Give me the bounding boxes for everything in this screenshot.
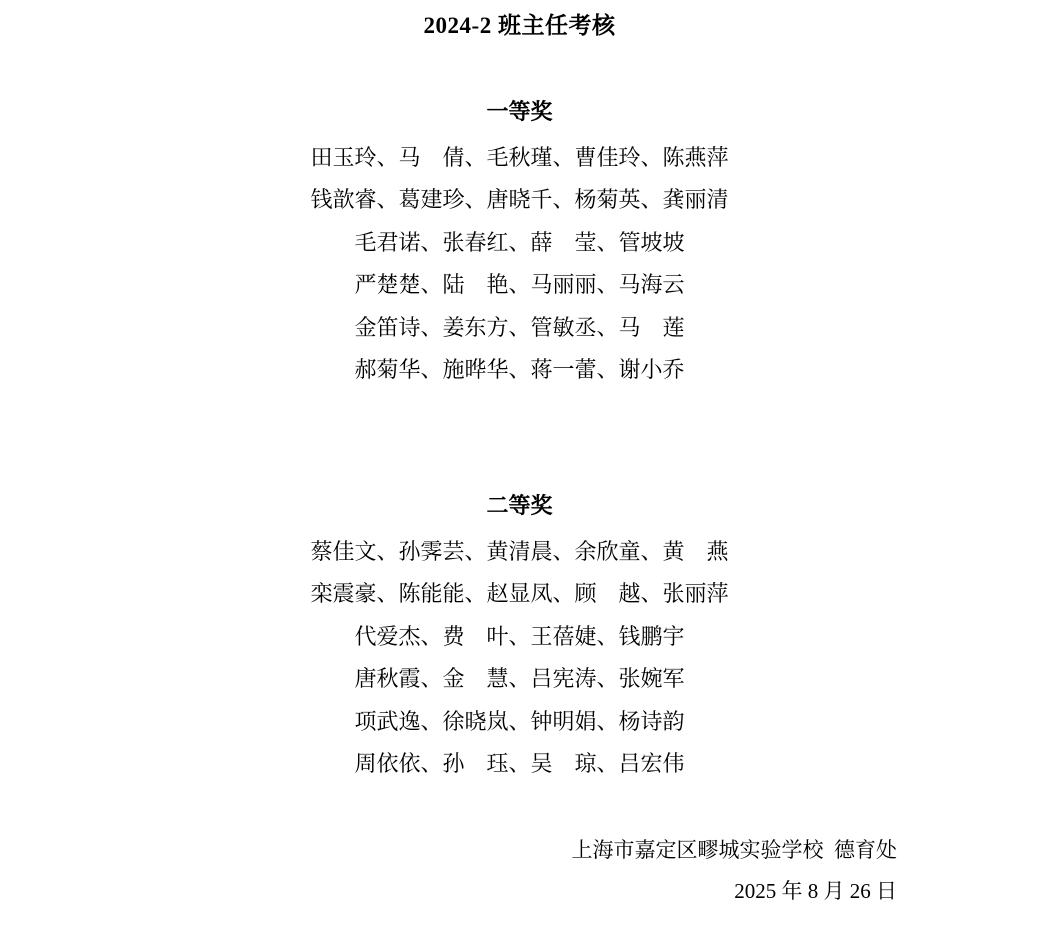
date-line: 2025 年 8 月 26 日: [734, 879, 897, 903]
second-prize-heading: 二等奖: [0, 494, 1039, 518]
document-title: 2024-2 班主任考核: [0, 12, 1039, 40]
name-row: 项武逸、徐晓岚、钟明娟、杨诗韵: [0, 701, 1039, 743]
document-page: 2024-2 班主任考核 一等奖 田玉玲、马 倩、毛秋瑾、曹佳玲、陈燕萍 钱歆睿…: [0, 0, 1039, 930]
name-row: 毛君诺、张春红、薛 莹、管坡坡: [0, 222, 1039, 264]
signature-line: 上海市嘉定区疁城实验学校 德育处: [572, 838, 898, 862]
first-prize-heading: 一等奖: [0, 100, 1039, 124]
name-row: 郝菊华、施晔华、蒋一蕾、谢小乔: [0, 349, 1039, 391]
name-row: 钱歆睿、葛建珍、唐晓千、杨菊英、龚丽清: [0, 179, 1039, 221]
name-row: 田玉玲、马 倩、毛秋瑾、曹佳玲、陈燕萍: [0, 137, 1039, 179]
name-row: 严楚楚、陆 艳、马丽丽、马海云: [0, 264, 1039, 306]
name-row: 代爱杰、费 叶、王蓓婕、钱鹏宇: [0, 616, 1039, 658]
name-row: 唐秋霞、金 慧、吕宪涛、张婉军: [0, 658, 1039, 700]
name-row: 周依依、孙 珏、吴 琼、吕宏伟: [0, 743, 1039, 785]
second-prize-name-list: 蔡佳文、孙霁芸、黄清晨、余欣童、黄 燕 栾震豪、陈能能、赵显凤、顾 越、张丽萍 …: [0, 531, 1039, 785]
name-row: 金笛诗、姜东方、管敏丞、马 莲: [0, 307, 1039, 349]
name-row: 蔡佳文、孙霁芸、黄清晨、余欣童、黄 燕: [0, 531, 1039, 573]
name-row: 栾震豪、陈能能、赵显凤、顾 越、张丽萍: [0, 573, 1039, 615]
first-prize-name-list: 田玉玲、马 倩、毛秋瑾、曹佳玲、陈燕萍 钱歆睿、葛建珍、唐晓千、杨菊英、龚丽清 …: [0, 137, 1039, 391]
